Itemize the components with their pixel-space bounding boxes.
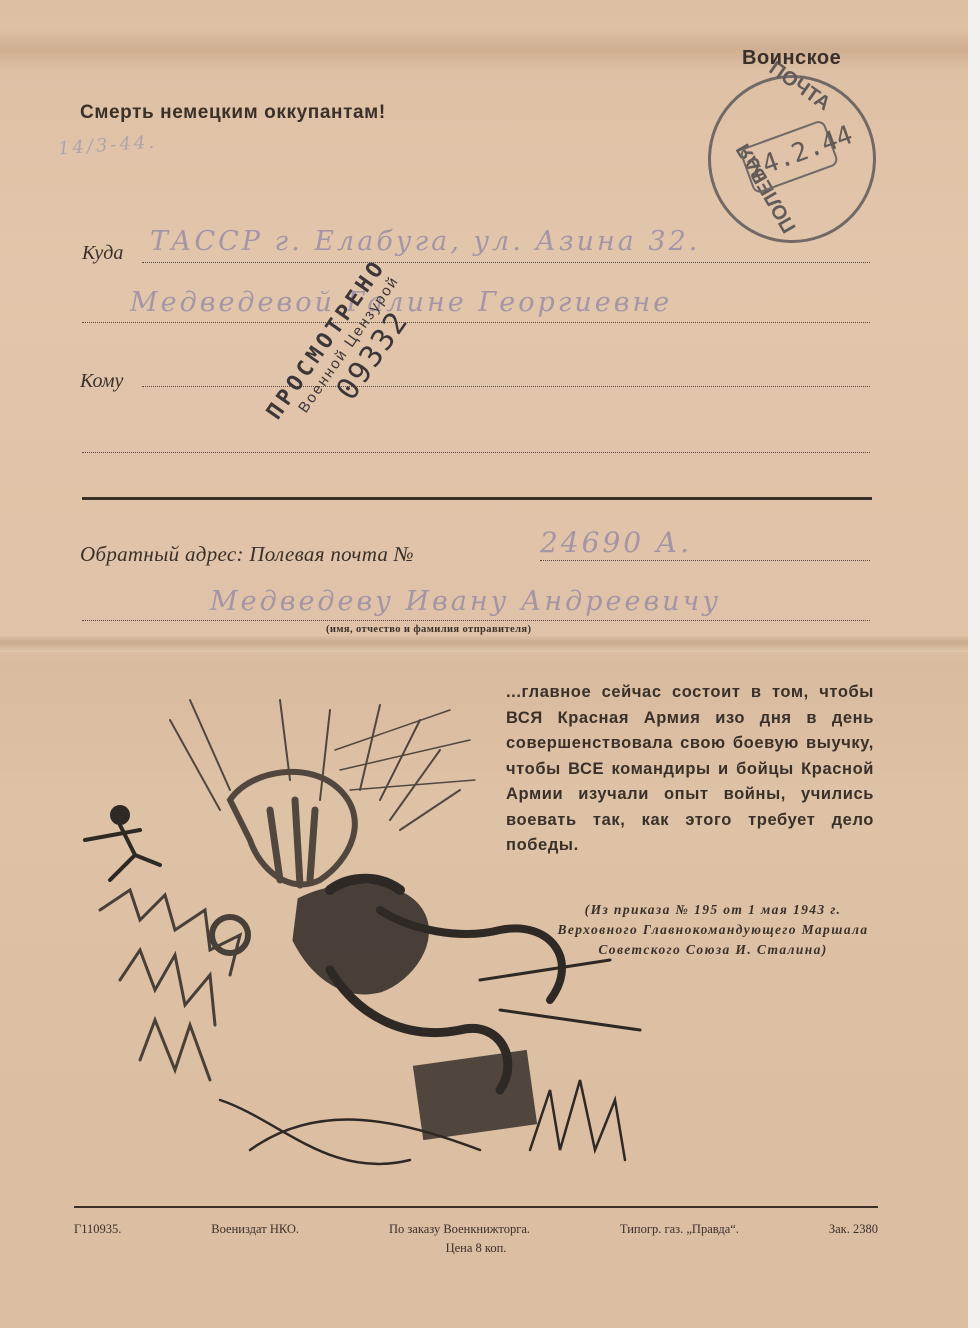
imprint-printer: Типогр. газ. „Правда“. bbox=[620, 1222, 739, 1237]
quote-text: ...главное сейчас состоит в том, чтобы В… bbox=[506, 680, 874, 859]
return-fpo-number: 24690 А. bbox=[540, 526, 692, 559]
sender-caption: (имя, отчество и фамилия отправителя) bbox=[326, 624, 531, 635]
postmark-date: 24.2.44 bbox=[739, 119, 840, 195]
return-line bbox=[540, 560, 870, 561]
footer-divider bbox=[74, 1206, 878, 1208]
imprint-order-number: Зак. 2380 bbox=[829, 1222, 878, 1237]
postmark-stamp: ПОЛЕВАЯ ПОЧТА 24.2.44 bbox=[684, 51, 899, 266]
quote-source: (Из приказа № 195 от 1 мая 1943 г. Верхо… bbox=[548, 900, 878, 960]
imprint-footer: Г110935. Воениздат НКО. По заказу Военкн… bbox=[74, 1222, 878, 1256]
address-divider bbox=[82, 497, 872, 500]
imprint-order: По заказу Военкнижторга. bbox=[389, 1222, 530, 1237]
to-line-1 bbox=[142, 262, 870, 263]
fold-crease bbox=[0, 636, 968, 652]
imprint-publisher: Воениздат НКО. bbox=[211, 1222, 299, 1237]
whom-line-2 bbox=[82, 452, 870, 453]
whom-line-1 bbox=[142, 386, 870, 387]
whom-label: Кому bbox=[80, 370, 123, 393]
imprint-price: Цена 8 коп. bbox=[74, 1241, 878, 1256]
censor-stamp: ПРОСМОТРЕНО Военной Цензурой 09332 bbox=[262, 255, 434, 455]
slogan: Смерть немецким оккупантам! bbox=[80, 102, 386, 124]
return-address-label: Обратный адрес: Полевая почта № bbox=[80, 542, 414, 567]
to-label: Куда bbox=[82, 242, 123, 265]
to-line-2 bbox=[82, 322, 870, 323]
sender-line bbox=[82, 620, 870, 621]
imprint-code: Г110935. bbox=[74, 1222, 121, 1237]
stalin-quote: ...главное сейчас состоит в том, чтобы В… bbox=[506, 680, 874, 859]
pencil-date-note: 14/3-44. bbox=[57, 132, 157, 160]
sender-name: Медведеву Ивану Андреевичу bbox=[210, 586, 721, 617]
to-address-line-1: ТАССР г. Елабуга, ул. Азина 32. bbox=[150, 226, 700, 257]
